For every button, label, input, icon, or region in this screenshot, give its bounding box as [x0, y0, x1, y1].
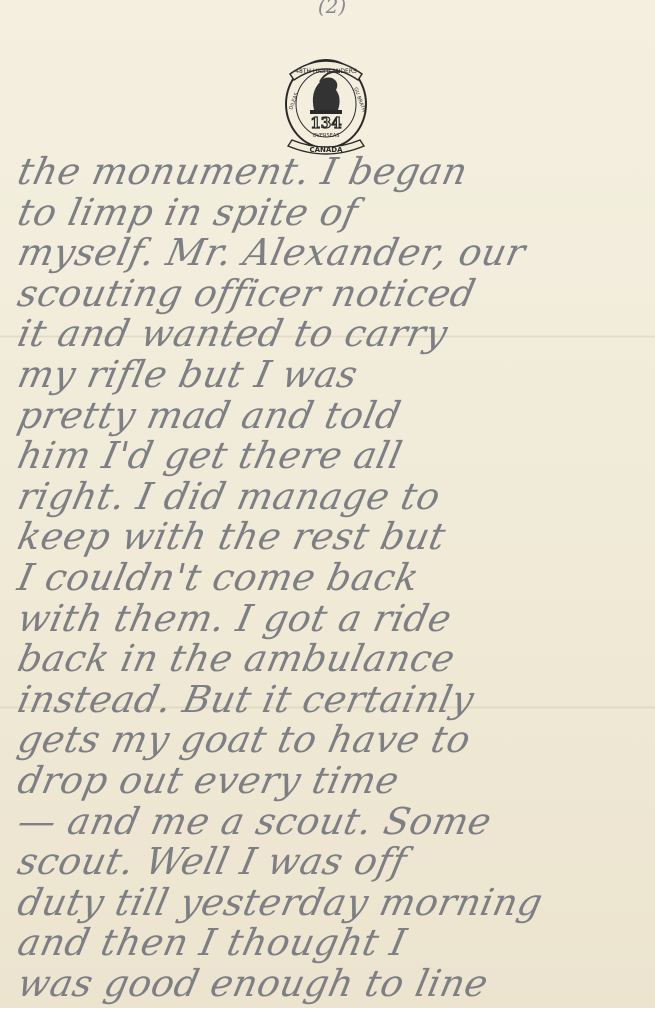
- text-line: scouting officer noticed: [14, 274, 655, 315]
- text-line: duty till yesterday morning: [14, 883, 655, 924]
- text-line: right. I did manage to: [14, 477, 655, 518]
- page-number: (2): [312, 0, 352, 18]
- text-line: drop out every time: [14, 761, 655, 802]
- text-line: instead. But it certainly: [14, 680, 655, 721]
- text-line: pretty mad and told: [14, 396, 655, 437]
- text-line: to limp in spite of: [14, 193, 655, 234]
- crest-ribbon: OVERSEAS: [313, 133, 340, 139]
- crest-number: 134: [310, 114, 341, 132]
- text-line: I couldn't come back: [14, 558, 655, 599]
- text-line: him I'd get there all: [14, 436, 655, 477]
- text-line: it and wanted to carry: [14, 314, 655, 355]
- text-line: scout. Well I was off: [14, 842, 655, 883]
- letter-page: (2) 48TH HIGHLANDERS 134 OVERSEAS DILEAS…: [0, 0, 655, 1008]
- regimental-crest-icon: 48TH HIGHLANDERS 134 OVERSEAS DILEAS GU …: [280, 52, 372, 162]
- text-line: — and me a scout. Some: [14, 802, 655, 843]
- text-line: keep with the rest but: [14, 517, 655, 558]
- text-line: the monument. I began: [14, 152, 655, 193]
- text-line: with them. I got a ride: [14, 599, 655, 640]
- text-line: and then I thought I: [14, 923, 655, 964]
- text-line: myself. Mr. Alexander, our: [14, 233, 655, 274]
- text-line: back in the ambulance: [14, 639, 655, 680]
- text-line: gets my goat to have to: [14, 720, 655, 761]
- text-line: was good enough to line: [14, 964, 655, 1005]
- text-line: my rifle but I was: [14, 355, 655, 396]
- crest-left-motto: DILEAS: [288, 92, 300, 111]
- handwritten-body: the monument. I began to limp in spite o…: [14, 152, 650, 1004]
